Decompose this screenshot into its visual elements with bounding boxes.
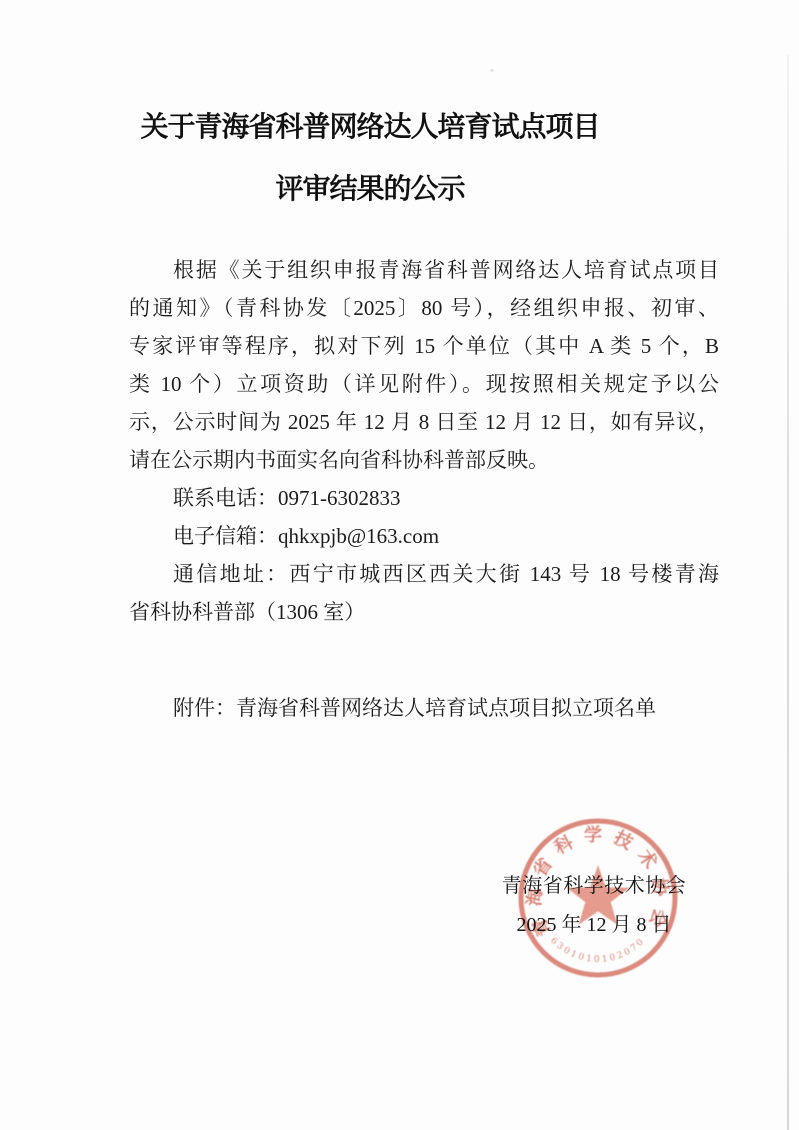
body-line: 的通知》（青科协发〔2025〕80 号），经组织申报、初审、	[129, 289, 719, 327]
attachment-note: 附件：青海省科普网络达人培育试点项目拟立项名单	[129, 689, 719, 727]
body-line: 联系电话：0971-6302833	[129, 479, 719, 517]
seal-serial-number: 6301010102070	[548, 936, 648, 965]
document-title-line-1: 关于青海省科普网络达人培育试点项目	[130, 97, 610, 159]
body-line: 电子信箱：qhkxpjb@163.com	[129, 517, 719, 555]
body-line: 请在公示期内书面实名向省科协科普部反映。	[129, 441, 719, 479]
scan-noise-speck	[490, 69, 494, 72]
body-line: 省科协科普部（1306 室）	[129, 593, 719, 631]
body-line: 通信地址：西宁市城西区西关大街 143 号 18 号楼青海	[129, 555, 719, 593]
body-line: 类 10 个）立项资助（详见附件）。现按照相关规定予以公	[129, 365, 719, 403]
signature-date: 2025 年 12 月 8 日	[464, 911, 724, 939]
document-body: 根据《关于组织申报青海省科普网络达人培育试点项目的通知》（青科协发〔2025〕8…	[129, 251, 719, 631]
body-line: 根据《关于组织申报青海省科普网络达人培育试点项目	[129, 251, 719, 289]
scanned-document-page: { "document": { "title_lines": [ "关于青海省科…	[0, 0, 799, 1130]
signature-organization: 青海省科学技术协会	[464, 872, 724, 900]
scan-edge-shadow	[787, 55, 789, 1130]
document-title-line-2: 评审结果的公示	[130, 159, 610, 221]
signature-block: 青海省科学技术协会 2025 年 12 月 8 日	[464, 872, 724, 939]
body-line: 专家评审等程序，拟对下列 15 个单位（其中 A 类 5 个，B	[129, 327, 719, 365]
body-line: 示，公示时间为 2025 年 12 月 8 日至 12 月 12 日，如有异议，	[129, 403, 719, 441]
document-title: 关于青海省科普网络达人培育试点项目 评审结果的公示	[130, 97, 610, 221]
